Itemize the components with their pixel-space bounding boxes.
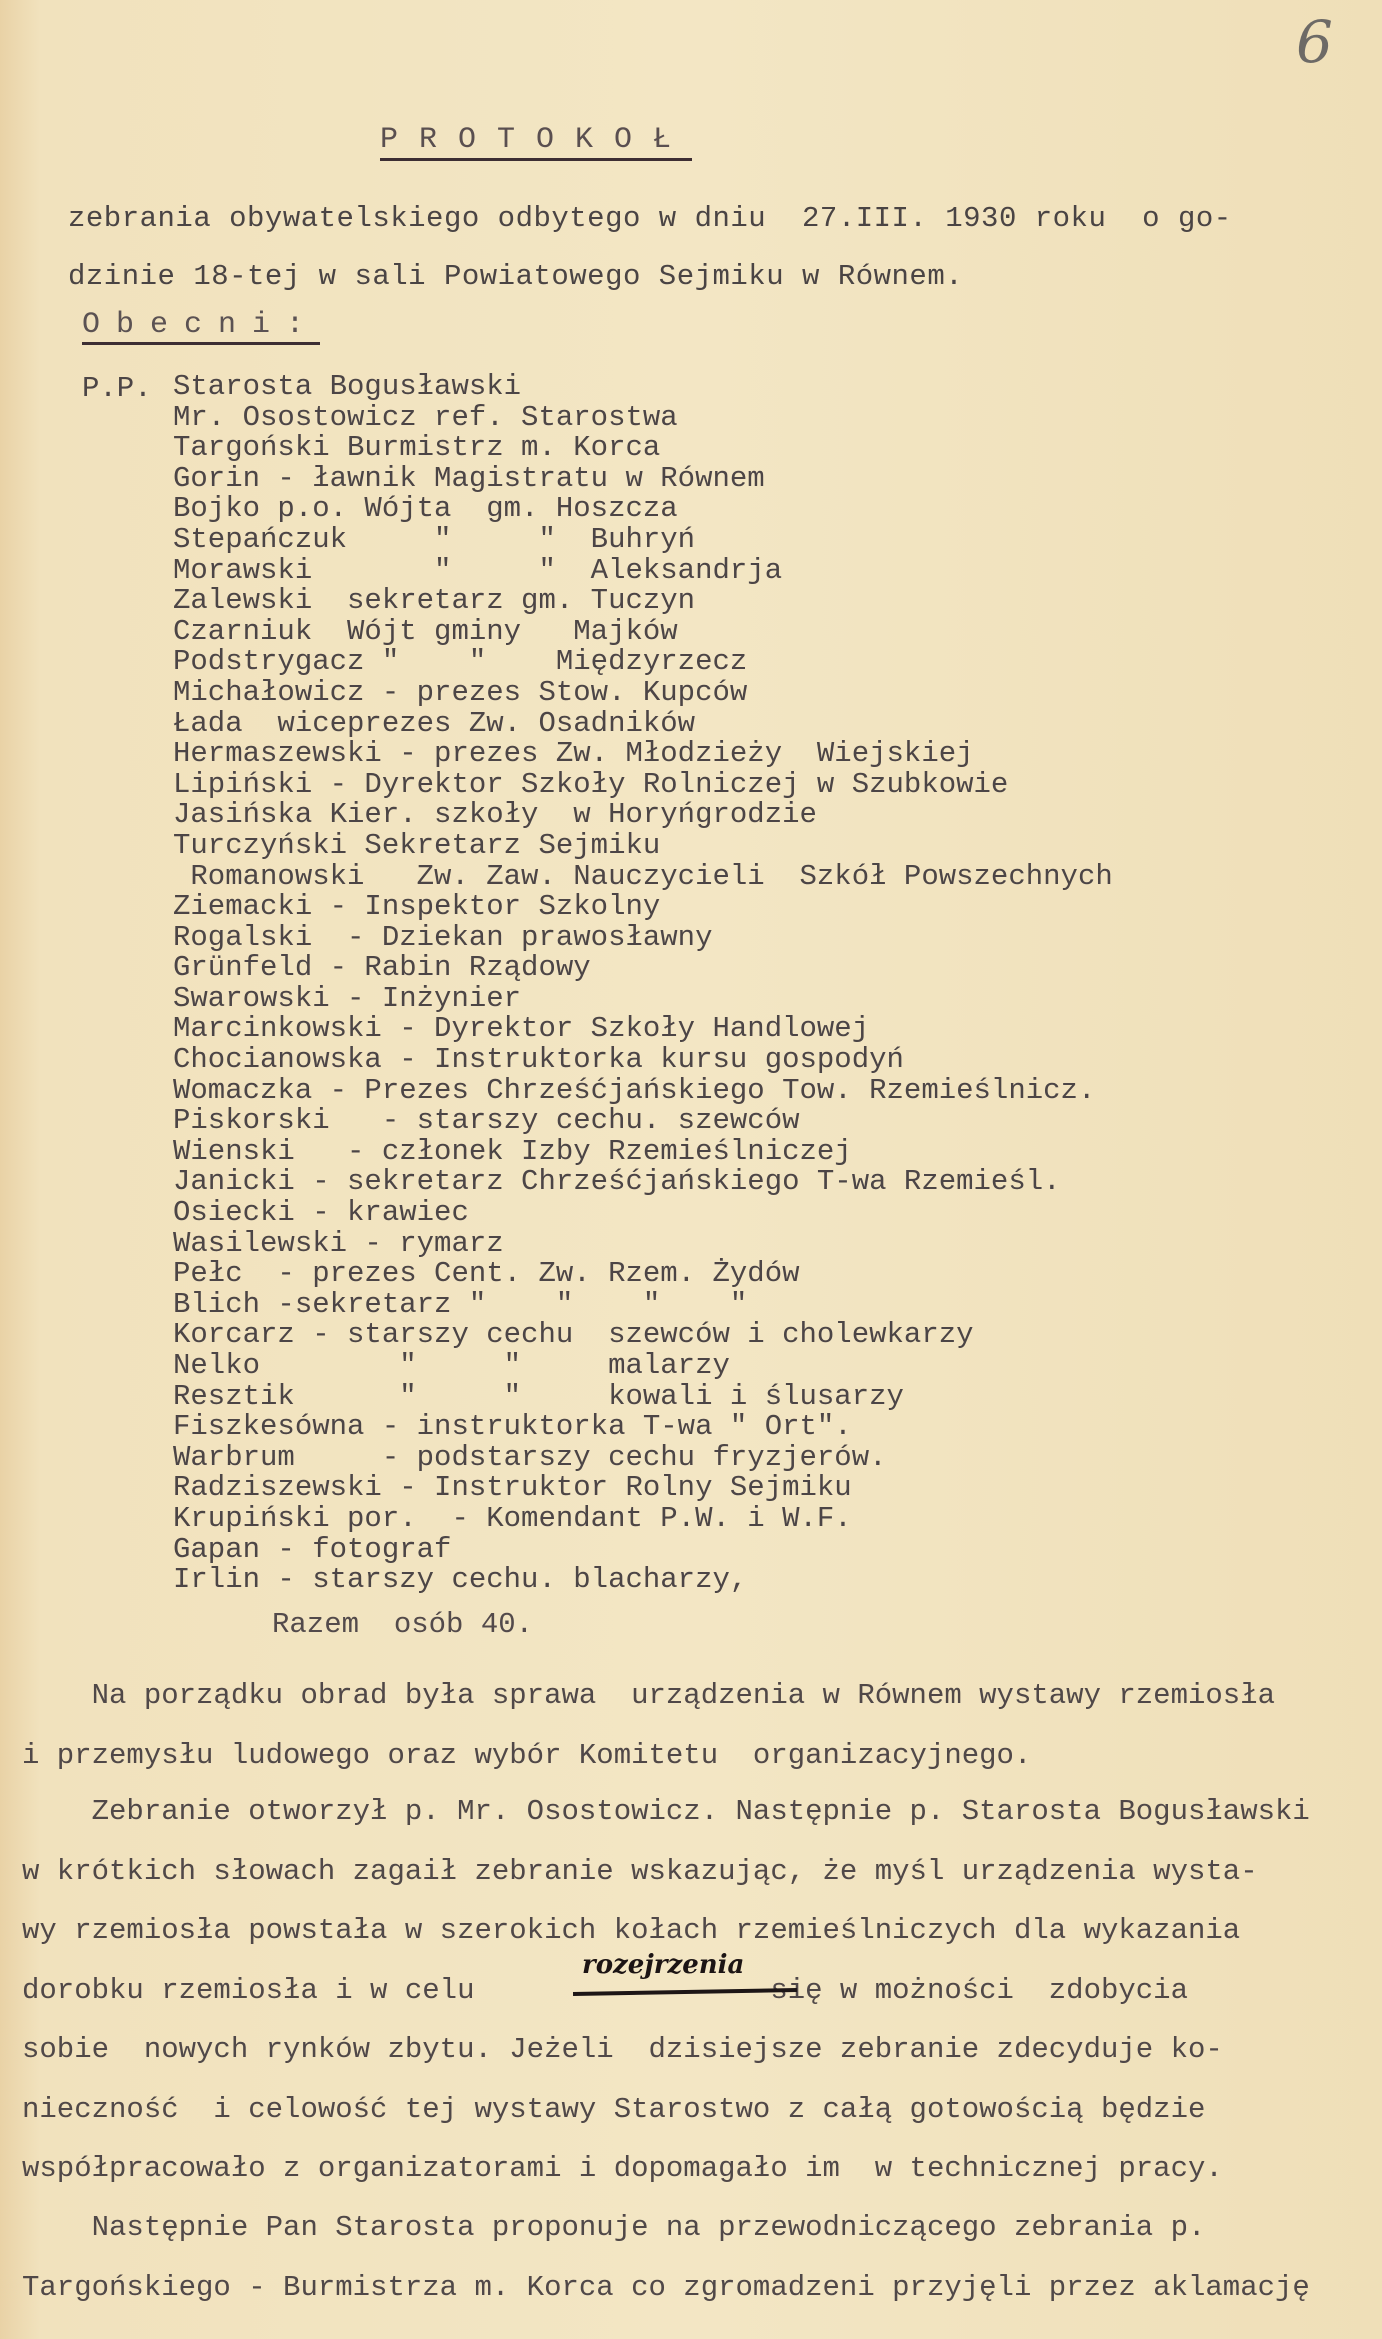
- paragraph-line: Targońskiego - Burmistrza m. Korca co zg…: [22, 2258, 1310, 2318]
- attendee-entry: Bojko p.o. Wójta gm. Hoszcza: [173, 494, 1113, 525]
- paragraph-chairman: Następnie Pan Starosta proponuje na prze…: [22, 2198, 1310, 2317]
- attendee-entry: Resztik " " kowali i ślusarzy: [173, 1382, 1113, 1413]
- intro-text: zebrania obywatelskiego odbytego w dniu …: [68, 190, 1232, 306]
- attendance-heading: Obecni:: [82, 308, 320, 345]
- attendee-entry: Irlin - starszy cechu. blacharzy,: [173, 1565, 1113, 1596]
- attendee-entry: Chocianowska - Instruktorka kursu gospod…: [173, 1045, 1113, 1076]
- attendee-entry: Michałowicz - prezes Stow. Kupców: [173, 678, 1113, 709]
- paragraph-line: współpracowało z organizatorami i dopoma…: [22, 2139, 1310, 2199]
- attendee-entry: Radziszewski - Instruktor Rolny Sejmiku: [173, 1473, 1113, 1504]
- attendee-entry: Womaczka - Prezes Chrześćjańskiego Tow. …: [173, 1076, 1113, 1107]
- attendee-entry: Korcarz - starszy cechu szewców i cholew…: [173, 1320, 1113, 1351]
- document-title: PROTOKOŁ: [380, 122, 692, 161]
- attendee-entry: Osiecki - krawiec: [173, 1198, 1113, 1229]
- attendee-entry: Grünfeld - Rabin Rządowy: [173, 953, 1113, 984]
- attendee-entry: Turczyński Sekretarz Sejmiku: [173, 831, 1113, 862]
- attendee-entry: Stepańczuk " " Buhryń: [173, 525, 1113, 556]
- paragraph-line: nieczność i celowość tej wystawy Starost…: [22, 2080, 1310, 2140]
- attendee-entry: Morawski " " Aleksandrja: [173, 556, 1113, 587]
- attendee-entry: Lipiński - Dyrektor Szkoły Rolniczej w S…: [173, 770, 1113, 801]
- intro-line: dzinie 18-tej w sali Powiatowego Sejmiku…: [68, 248, 1232, 306]
- attendee-entry: Łada wiceprezes Zw. Osadników: [173, 709, 1113, 740]
- attendee-entry: Fiszkesówna - instruktorka T-wa " Ort".: [173, 1412, 1113, 1443]
- attendee-entry: Gorin - ławnik Magistratu w Równem: [173, 464, 1113, 495]
- paragraph-line: i przemysłu ludowego oraz wybór Komitetu…: [22, 1726, 1275, 1786]
- attendee-entry: Hermaszewski - prezes Zw. Młodzieży Wiej…: [173, 739, 1113, 770]
- paragraph-line: Zebranie otworzył p. Mr. Osostowicz. Nas…: [22, 1782, 1310, 1842]
- attendee-entry: Podstrygacz " " Międzyrzecz: [173, 647, 1113, 678]
- attendee-list: Starosta BogusławskiMr. Osostowicz ref. …: [173, 372, 1113, 1596]
- folio-number: 6: [1296, 8, 1333, 76]
- attendee-entry: Piskorski - starszy cechu. szewców: [173, 1106, 1113, 1137]
- attendee-entry: Pełc - prezes Cent. Zw. Rzem. Żydów: [173, 1259, 1113, 1290]
- paragraph-line: Na porządku obrad była sprawa urządzenia…: [22, 1666, 1275, 1726]
- attendee-entry: Krupiński por. - Komendant P.W. i W.F.: [173, 1504, 1113, 1535]
- paragraph-line: w krótkich słowach zagaił zebranie wskaz…: [22, 1842, 1310, 1902]
- attendee-entry: Warbrum - podstarszy cechu fryzjerów.: [173, 1443, 1113, 1474]
- attendee-entry: Gapan - fotograf: [173, 1535, 1113, 1566]
- attendee-entry: Romanowski Zw. Zaw. Nauczycieli Szkół Po…: [173, 862, 1113, 893]
- total-attendees: Razem osób 40.: [272, 1608, 533, 1641]
- attendee-entry: Ziemacki - Inspektor Szkolny: [173, 892, 1113, 923]
- document-page: 6 PROTOKOŁ zebrania obywatelskiego odbyt…: [0, 0, 1382, 2339]
- attendee-entry: Targoński Burmistrz m. Korca: [173, 433, 1113, 464]
- paragraph-agenda: Na porządku obrad była sprawa urządzenia…: [22, 1666, 1275, 1785]
- attendee-entry: Nelko " " malarzy: [173, 1351, 1113, 1382]
- attendee-entry: Rogalski - Dziekan prawosławny: [173, 923, 1113, 954]
- attendee-entry: Blich -sekretarz " " " ": [173, 1290, 1113, 1321]
- intro-line: zebrania obywatelskiego odbytego w dniu …: [68, 190, 1232, 248]
- attendee-entry: Janicki - sekretarz Chrześćjańskiego T-w…: [173, 1167, 1113, 1198]
- attendee-entry: Czarniuk Wójt gminy Majków: [173, 617, 1113, 648]
- attendee-entry: Zalewski sekretarz gm. Tuczyn: [173, 586, 1113, 617]
- attendee-entry: Wasilewski - rymarz: [173, 1229, 1113, 1260]
- attendee-entry: Jasińska Kier. szkoły w Horyńgrodzie: [173, 800, 1113, 831]
- handwritten-correction: rozejrzenia: [582, 1950, 744, 1980]
- attendance-prefix: P.P.: [82, 372, 152, 405]
- attendee-entry: Swarowski - Inżynier: [173, 984, 1113, 1015]
- attendee-entry: Wienski - członek Izby Rzemieślniczej: [173, 1137, 1113, 1168]
- attendee-entry: Mr. Osostowicz ref. Starostwa: [173, 403, 1113, 434]
- attendee-entry: Marcinkowski - Dyrektor Szkoły Handlowej: [173, 1014, 1113, 1045]
- attendee-entry: Starosta Bogusławski: [173, 372, 1113, 403]
- paragraph-line: sobie nowych rynków zbytu. Jeżeli dzisie…: [22, 2020, 1310, 2080]
- paragraph-line: Następnie Pan Starosta proponuje na prze…: [22, 2198, 1310, 2258]
